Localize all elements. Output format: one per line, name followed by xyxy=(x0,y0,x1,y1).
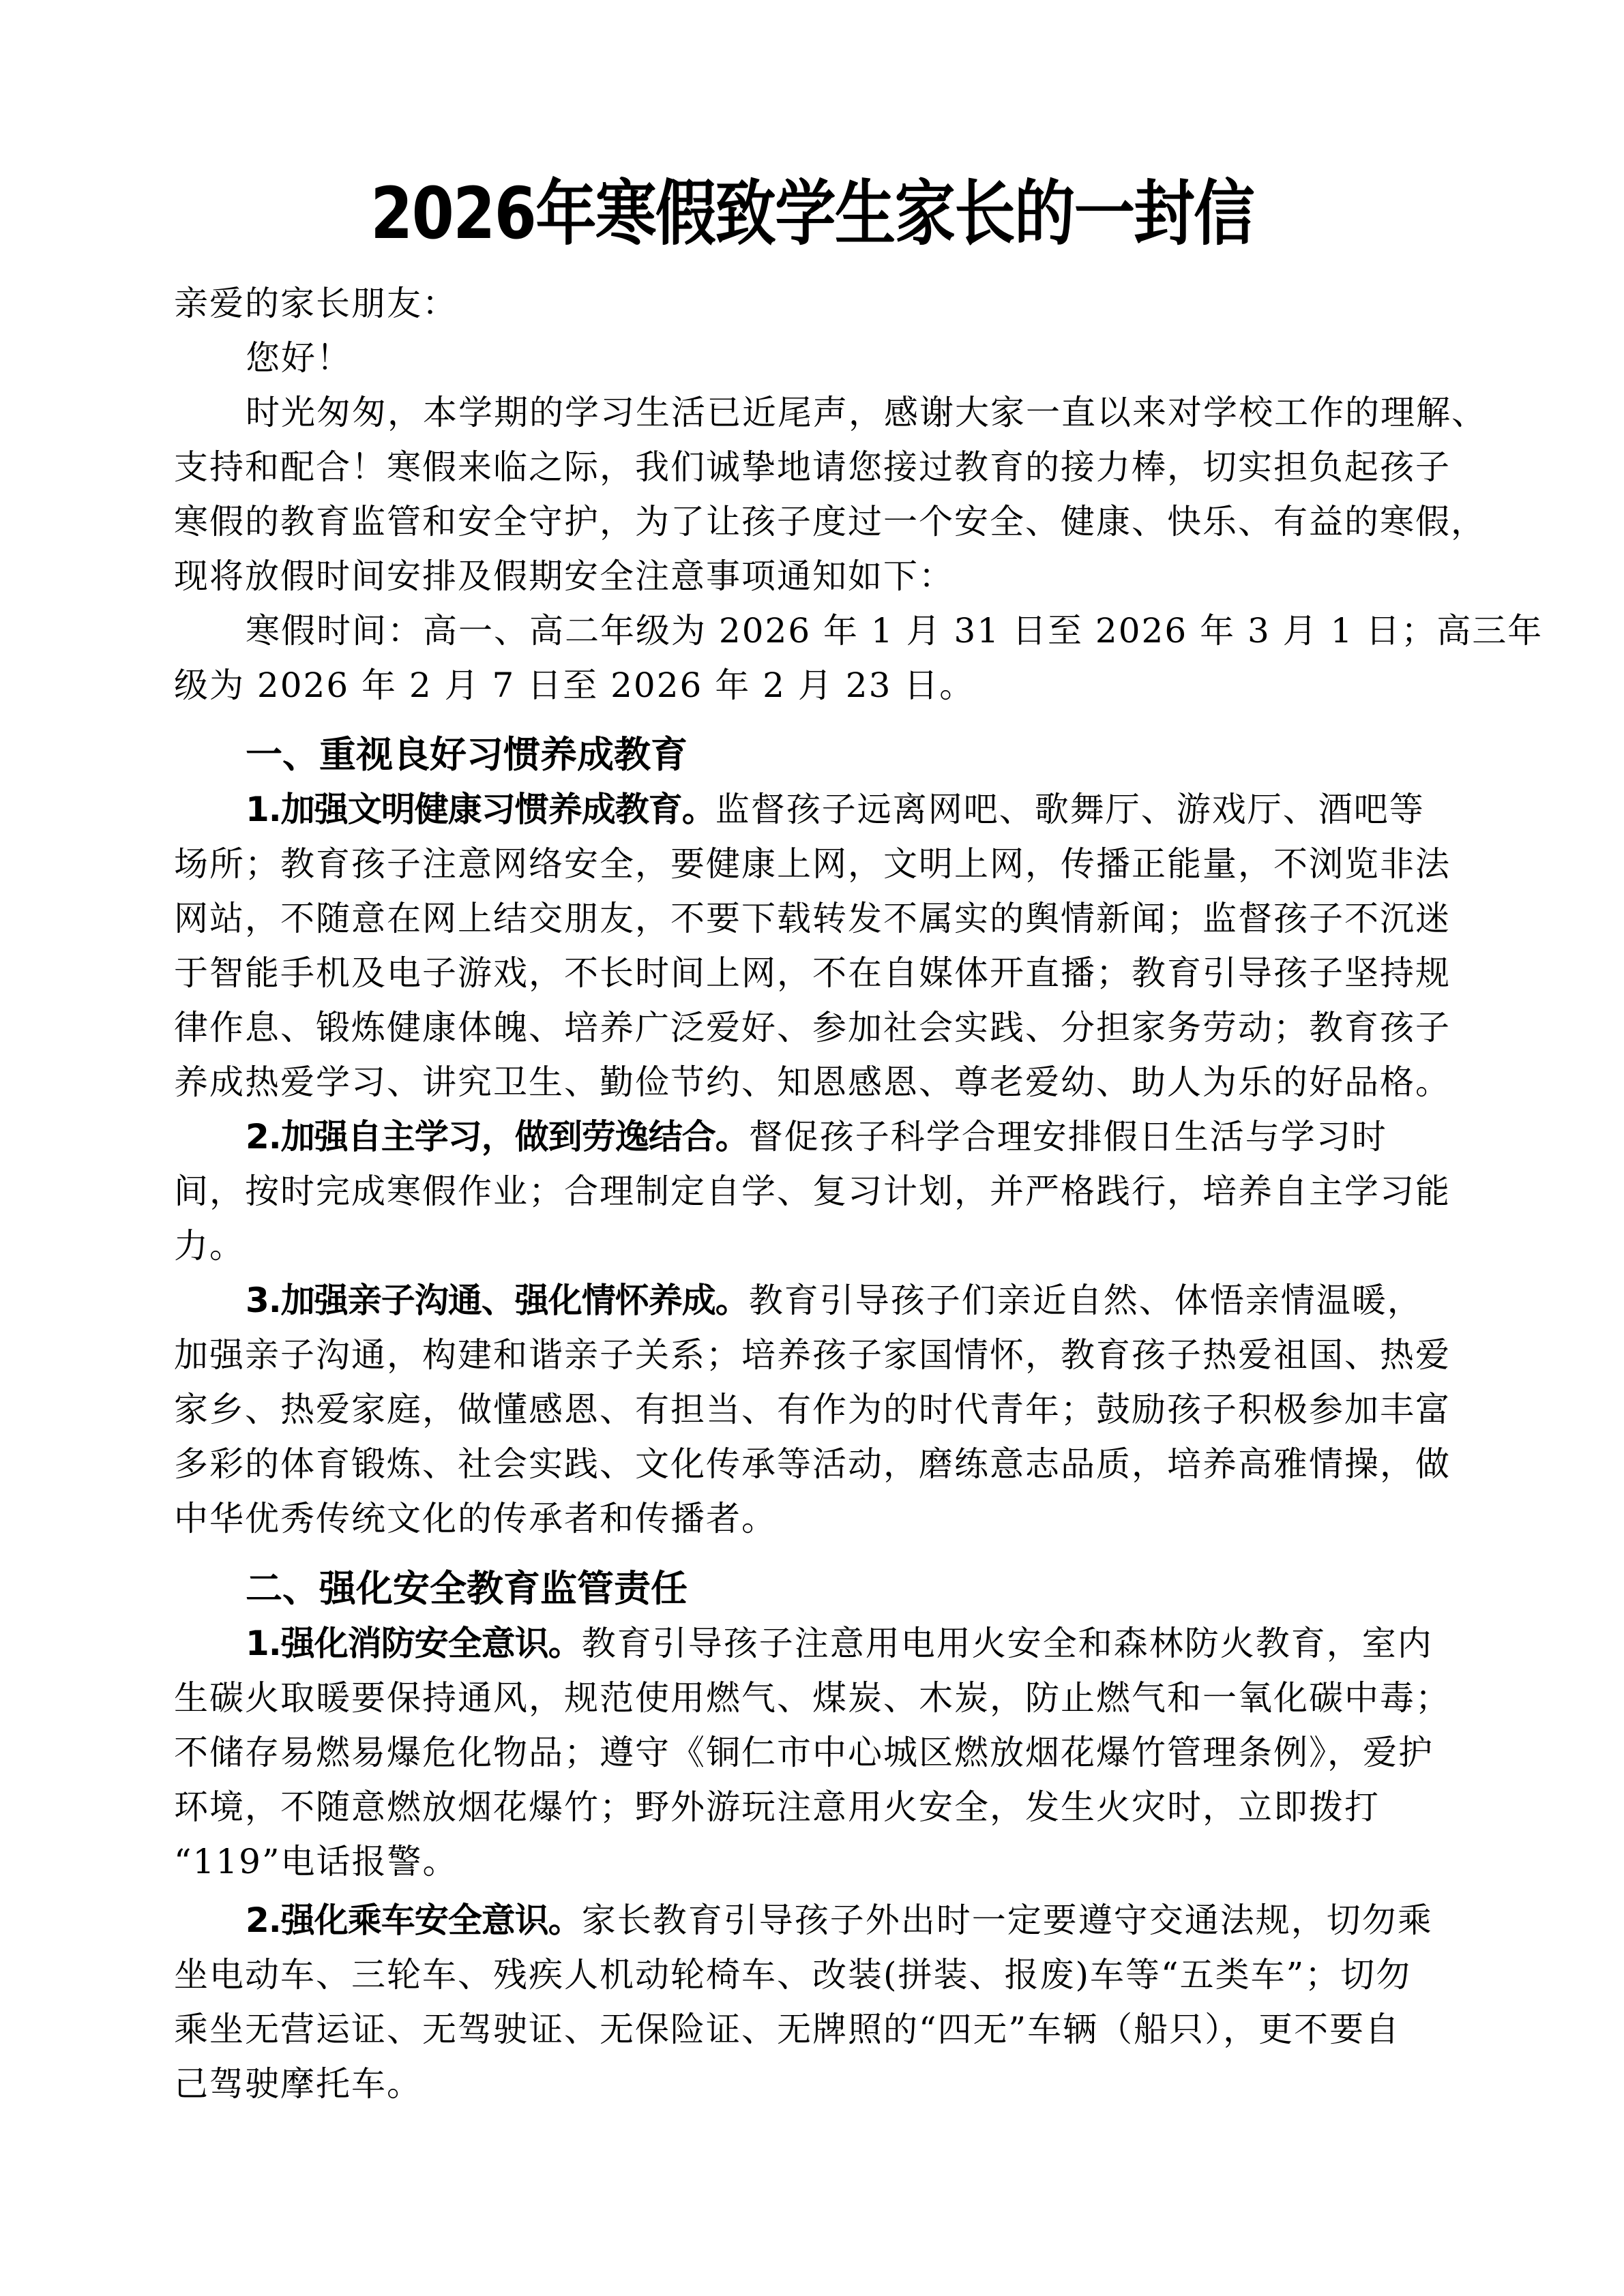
item-line: 于智能手机及电子游戏，不长时间上网，不在自媒体开直播；教育引导孩子坚持规 xyxy=(174,946,1451,1000)
item-line: 多彩的体育锻炼、社会实践、文化传承等活动，磨练意志品质，培养高雅情操，做 xyxy=(174,1437,1451,1491)
item-text: 教育引导孩子们亲近自然、体悟亲情温暖， xyxy=(749,1281,1423,1320)
item-lead: 1.强化消防安全意识。 xyxy=(246,1624,582,1663)
letter-title: 2026年寒假致学生家长的一封信 xyxy=(114,169,1511,258)
item-line: 律作息、锻炼健康体魄、培养广泛爱好、参加社会实践、分担家务劳动；教育孩子 xyxy=(174,1000,1451,1055)
item-first-line: 1.强化消防安全意识。教育引导孩子注意用电用火安全和森林防火教育，室内 xyxy=(246,1616,1433,1671)
salutation: 亲爱的家长朋友： xyxy=(174,276,458,331)
item-line: 间，按时完成寒假作业；合理制定自学、复习计划，并严格践行，培养自主学习能 xyxy=(174,1164,1451,1219)
item-line: 生碳火取暖要保持通风，规范使用燃气、煤炭、木炭，防止燃气和一氧化碳中毒； xyxy=(174,1671,1451,1725)
intro-line: 现将放假时间安排及假期安全注意事项通知如下： xyxy=(174,549,954,603)
intro-line: 寒假的教育监管和安全守护，为了让孩子度过一个安全、健康、快乐、有益的寒假， xyxy=(174,494,1486,549)
item-line: 场所；教育孩子注意网络安全，要健康上网，文明上网，传播正能量，不浏览非法 xyxy=(174,837,1451,891)
item-line: 养成热爱学习、讲究卫生、勤俭节约、知恩感恩、尊老爱幼、助人为乐的好品格。 xyxy=(174,1055,1451,1109)
item-lead: 2.强化乘车安全意识。 xyxy=(246,1900,582,1940)
item-line: “119”电话报警。 xyxy=(174,1834,458,1889)
item-text: 监督孩子远离网吧、歌舞厅、游戏厅、酒吧等 xyxy=(715,790,1425,829)
intro-line: 支持和配合！寒假来临之际，我们诚挚地请您接过教育的接力棒，切实担负起孩子 xyxy=(174,440,1451,494)
item-text: 督促孩子科学合理安排假日生活与学习时 xyxy=(749,1117,1387,1157)
item-text: 教育引导孩子注意用电用火安全和森林防火教育，室内 xyxy=(582,1624,1433,1663)
item-first-line: 1.加强文明健康习惯养成教育。监督孩子远离网吧、歌舞厅、游戏厅、酒吧等 xyxy=(246,782,1425,837)
schedule-line: 级为 2026 年 2 月 7 日至 2026 年 2 月 23 日。 xyxy=(174,658,975,713)
item-line: 环境，不随意燃放烟花爆竹；野外游玩注意用火安全，发生火灾时，立即拨打 xyxy=(174,1780,1380,1834)
item-line: 坐电动车、三轮车、残疾人机动轮椅车、改装(拼装、报废)车等“五类车”；切勿 xyxy=(174,1948,1411,2002)
item-first-line: 2.强化乘车安全意识。家长教育引导孩子外出时一定要遵守交通法规，切勿乘 xyxy=(246,1893,1433,1948)
item-line: 不储存易燃易爆危化物品；遵守《铜仁市中心城区燃放烟花爆竹管理条例》，爱护 xyxy=(174,1725,1434,1780)
item-line: 加强亲子沟通，构建和谐亲子关系；培养孩子家国情怀，教育孩子热爱祖国、热爱 xyxy=(174,1328,1451,1382)
item-line: 力。 xyxy=(174,1219,245,1273)
item-lead: 2.加强自主学习，做到劳逸结合。 xyxy=(246,1117,749,1157)
item-text: 家长教育引导孩子外出时一定要遵守交通法规，切勿乘 xyxy=(582,1900,1433,1940)
item-line: 己驾驶摩托车。 xyxy=(174,2057,422,2111)
greeting: 您好！ xyxy=(246,331,352,385)
section-heading: 二、强化安全教育监管责任 xyxy=(246,1562,688,1616)
section-heading: 一、重视良好习惯养成教育 xyxy=(246,728,688,782)
item-line: 乘坐无营运证、无驾驶证、无保险证、无牌照的“四无”车辆（船只），更不要自 xyxy=(174,2002,1400,2057)
letter-page: 2026年寒假致学生家长的一封信 亲爱的家长朋友： 您好！ 时光匆匆，本学期的学… xyxy=(0,0,1624,2296)
item-first-line: 2.加强自主学习，做到劳逸结合。督促孩子科学合理安排假日生活与学习时 xyxy=(246,1109,1387,1164)
item-line: 家乡、热爱家庭，做懂感恩、有担当、有作为的时代青年；鼓励孩子积极参加丰富 xyxy=(174,1382,1451,1437)
item-line: 中华优秀传统文化的传承者和传播者。 xyxy=(174,1491,777,1546)
intro-line: 时光匆匆，本学期的学习生活已近尾声，感谢大家一直以来对学校工作的理解、 xyxy=(246,385,1487,440)
item-lead: 3.加强亲子沟通、强化情怀养成。 xyxy=(246,1281,749,1320)
item-line: 网站，不随意在网上结交朋友，不要下载转发不属实的舆情新闻；监督孩子不沉迷 xyxy=(174,891,1451,946)
schedule-line: 寒假时间：高一、高二年级为 2026 年 1 月 31 日至 2026 年 3 … xyxy=(246,603,1543,658)
item-lead: 1.加强文明健康习惯养成教育。 xyxy=(246,790,715,829)
item-first-line: 3.加强亲子沟通、强化情怀养成。教育引导孩子们亲近自然、体悟亲情温暖， xyxy=(246,1273,1423,1328)
